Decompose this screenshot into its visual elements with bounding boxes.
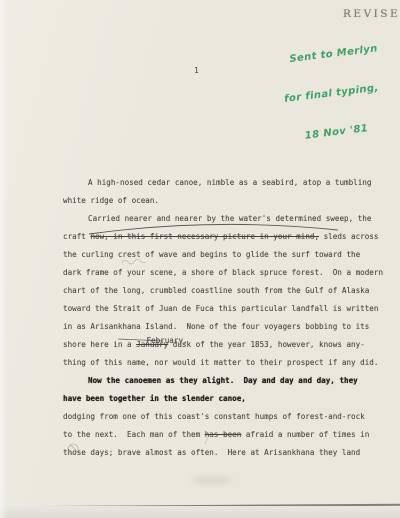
text-line-with-deletion: shore here in a January dusk of the year… [63,336,397,354]
handwritten-annotation: Sent to Merlyn for final typing, 18 Nov … [276,17,392,171]
scan-background [0,506,400,518]
annotation-line-3: 18 Nov '81 [304,120,388,143]
page-number: 1 [194,66,199,75]
typed-insertion: February, [119,327,188,363]
manuscript-page: REVISED Sent to Merlyn for final typing,… [0,0,400,518]
annotation-line-1: Sent to Merlyn [289,42,379,66]
text-line-with-deletion: to the next. Each man of them has been a… [63,426,397,444]
text-line: A high-nosed cedar canoe, nimble as a se… [63,174,397,192]
text-line: white ridge of ocean. [63,192,397,210]
typewritten-text: A high-nosed cedar canoe, nimble as a se… [63,174,397,462]
text-line: chart of the long, crumbled coastline so… [63,282,397,300]
text-line: Carried nearer and nearer by the water's… [63,210,397,228]
annotation-line-2: for final typing, [284,81,384,106]
text-line-with-deletion: craft now, in this first necessary pictu… [63,228,397,246]
text-line: those days; brave almost as often. Here … [63,444,397,462]
text-line-overstruck: Now the canoemen as they alight. Day and… [63,372,397,390]
struck-text: has been [205,430,242,439]
paper-smudge [192,476,232,485]
text-line: dodging from one of this coast's constan… [63,408,397,426]
text-line-overstruck: have been together in the slender canoe, [63,390,397,408]
text-line: the curling crest of wave and begins to … [63,246,397,264]
text-line: dark frame of your scene, a shore of bla… [63,264,397,282]
struck-text: now, in this first necessary picture in … [90,232,319,241]
text-line: in as Arisankhana Island. None of the fo… [63,318,397,336]
text-line: toward the Strait of Juan de Fuca this p… [63,300,397,318]
text-line: thing of this name, nor would it matter … [63,354,397,372]
